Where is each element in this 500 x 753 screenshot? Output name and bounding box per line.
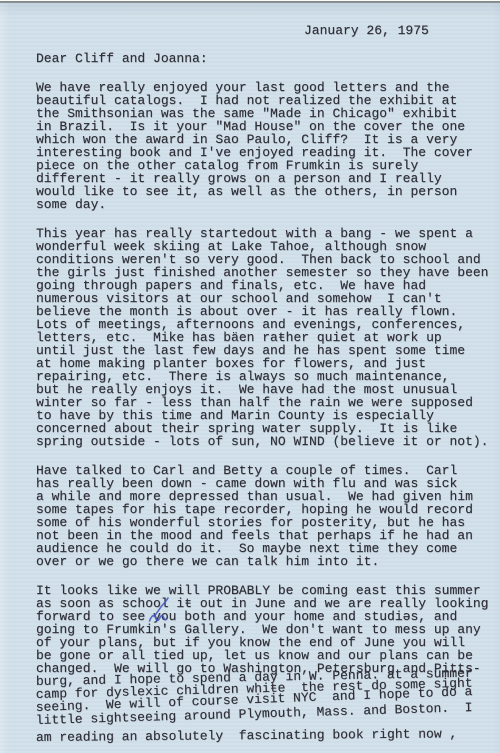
letter-salutation: Dear Cliff and Joanna: (36, 52, 494, 65)
letter-line: spring outside - lots of sun, NO WIND (b… (36, 435, 494, 448)
letter-page: January 26, 1975 Dear Cliff and Joanna: … (0, 0, 500, 753)
letter-line: some day. (36, 198, 494, 211)
letter-content: January 26, 1975 Dear Cliff and Joanna: … (0, 24, 500, 744)
paragraph-4: It looks like we will PROBABLY be coming… (36, 584, 494, 744)
paragraph-2: This year has really startedout with a b… (36, 227, 494, 448)
scan-edge-top (0, 0, 500, 3)
letter-body: We have really enjoyed your last good le… (36, 81, 494, 744)
letter-line: over or we go there we can talk him into… (36, 555, 494, 568)
letter-line: am reading an absolutely fascinating boo… (36, 727, 494, 744)
scan-shading (0, 3, 500, 17)
letter-date: January 26, 1975 (304, 24, 494, 37)
paragraph-1: We have really enjoyed your last good le… (36, 81, 494, 211)
paragraph-3: Have talked to Carl and Betty a couple o… (36, 464, 494, 568)
